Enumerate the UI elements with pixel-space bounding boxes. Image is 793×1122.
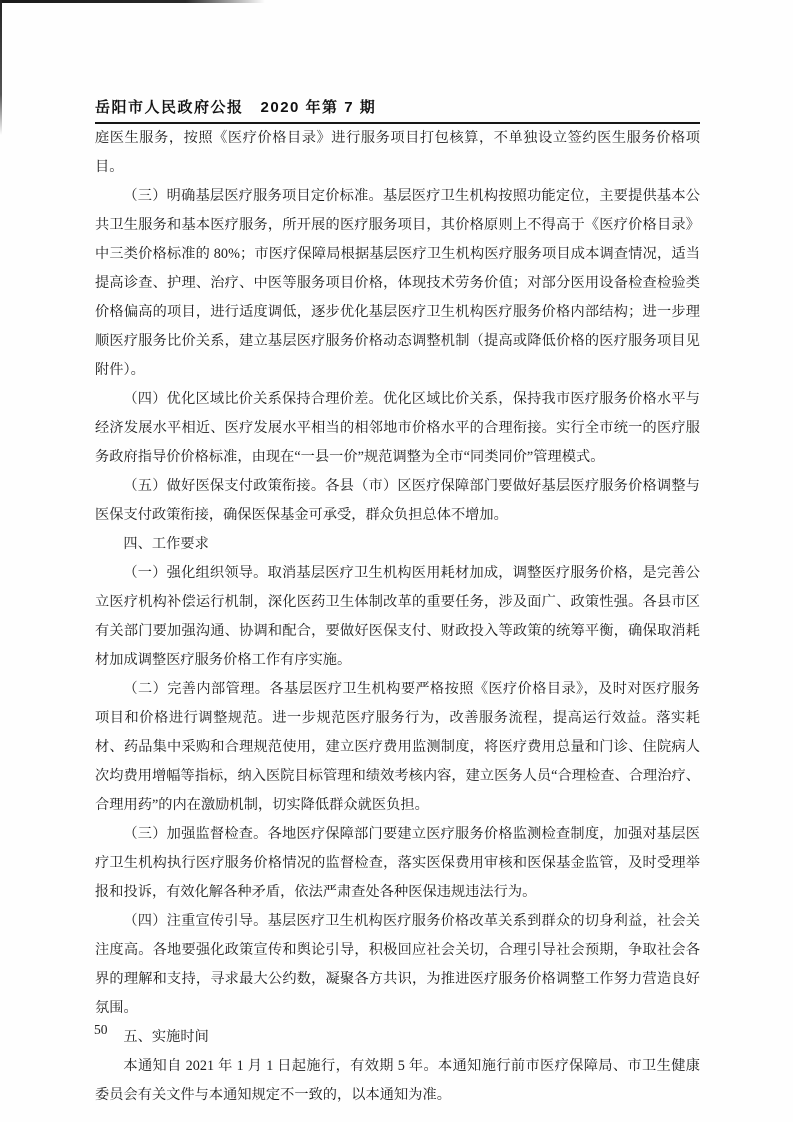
- issue-label: 2020 年第 7 期: [261, 96, 377, 117]
- body-paragraph: （二）完善内部管理。各基层医疗卫生机构要严格按照《医疗价格目录》，及时对医疗服务…: [95, 675, 700, 820]
- publication-title: 岳阳市人民政府公报: [95, 96, 244, 117]
- scan-artifact-top-edge: [0, 0, 265, 3]
- page-header: 岳阳市人民政府公报 2020 年第 7 期: [95, 96, 700, 124]
- body-paragraph: （四）注重宣传引导。基层医疗卫生机构医疗服务价格改革关系到群众的切身利益，社会关…: [95, 907, 700, 1023]
- section-heading: 四、工作要求: [95, 530, 700, 559]
- body-paragraph: （三）加强监督检查。各地医疗保障部门要建立医疗服务价格监测检查制度，加强对基层医…: [95, 820, 700, 907]
- body-paragraph: （五）做好医保支付政策衔接。各县（市）区医疗保障部门要做好基层医疗服务价格调整与…: [95, 472, 700, 530]
- body-paragraph: （一）强化组织领导。取消基层医疗卫生机构医用耗材加成，调整医疗服务价格，是完善公…: [95, 559, 700, 675]
- page-number: 50: [94, 1022, 108, 1038]
- body-paragraph: （四）优化区域比价关系保持合理价差。优化区域比价关系，保持我市医疗服务价格水平与…: [95, 385, 700, 472]
- gazette-page: 岳阳市人民政府公报 2020 年第 7 期 庭医生服务，按照《医疗价格目录》进行…: [0, 0, 793, 1122]
- body-paragraph: （三）明确基层医疗服务项目定价标准。基层医疗卫生机构按照功能定位，主要提供基本公…: [95, 182, 700, 385]
- running-head: 岳阳市人民政府公报 2020 年第 7 期: [95, 96, 700, 122]
- body-paragraph: 庭医生服务，按照《医疗价格目录》进行服务项目打包核算，不单独设立签约医生服务价格…: [95, 124, 700, 182]
- scan-artifact-left-edge: [0, 0, 2, 135]
- section-heading: 五、实施时间: [95, 1023, 700, 1052]
- body-paragraph: 本通知自 2021 年 1 月 1 日起施行，有效期 5 年。本通知施行前市医疗…: [95, 1052, 700, 1110]
- document-body: 庭医生服务，按照《医疗价格目录》进行服务项目打包核算，不单独设立签约医生服务价格…: [95, 124, 700, 1110]
